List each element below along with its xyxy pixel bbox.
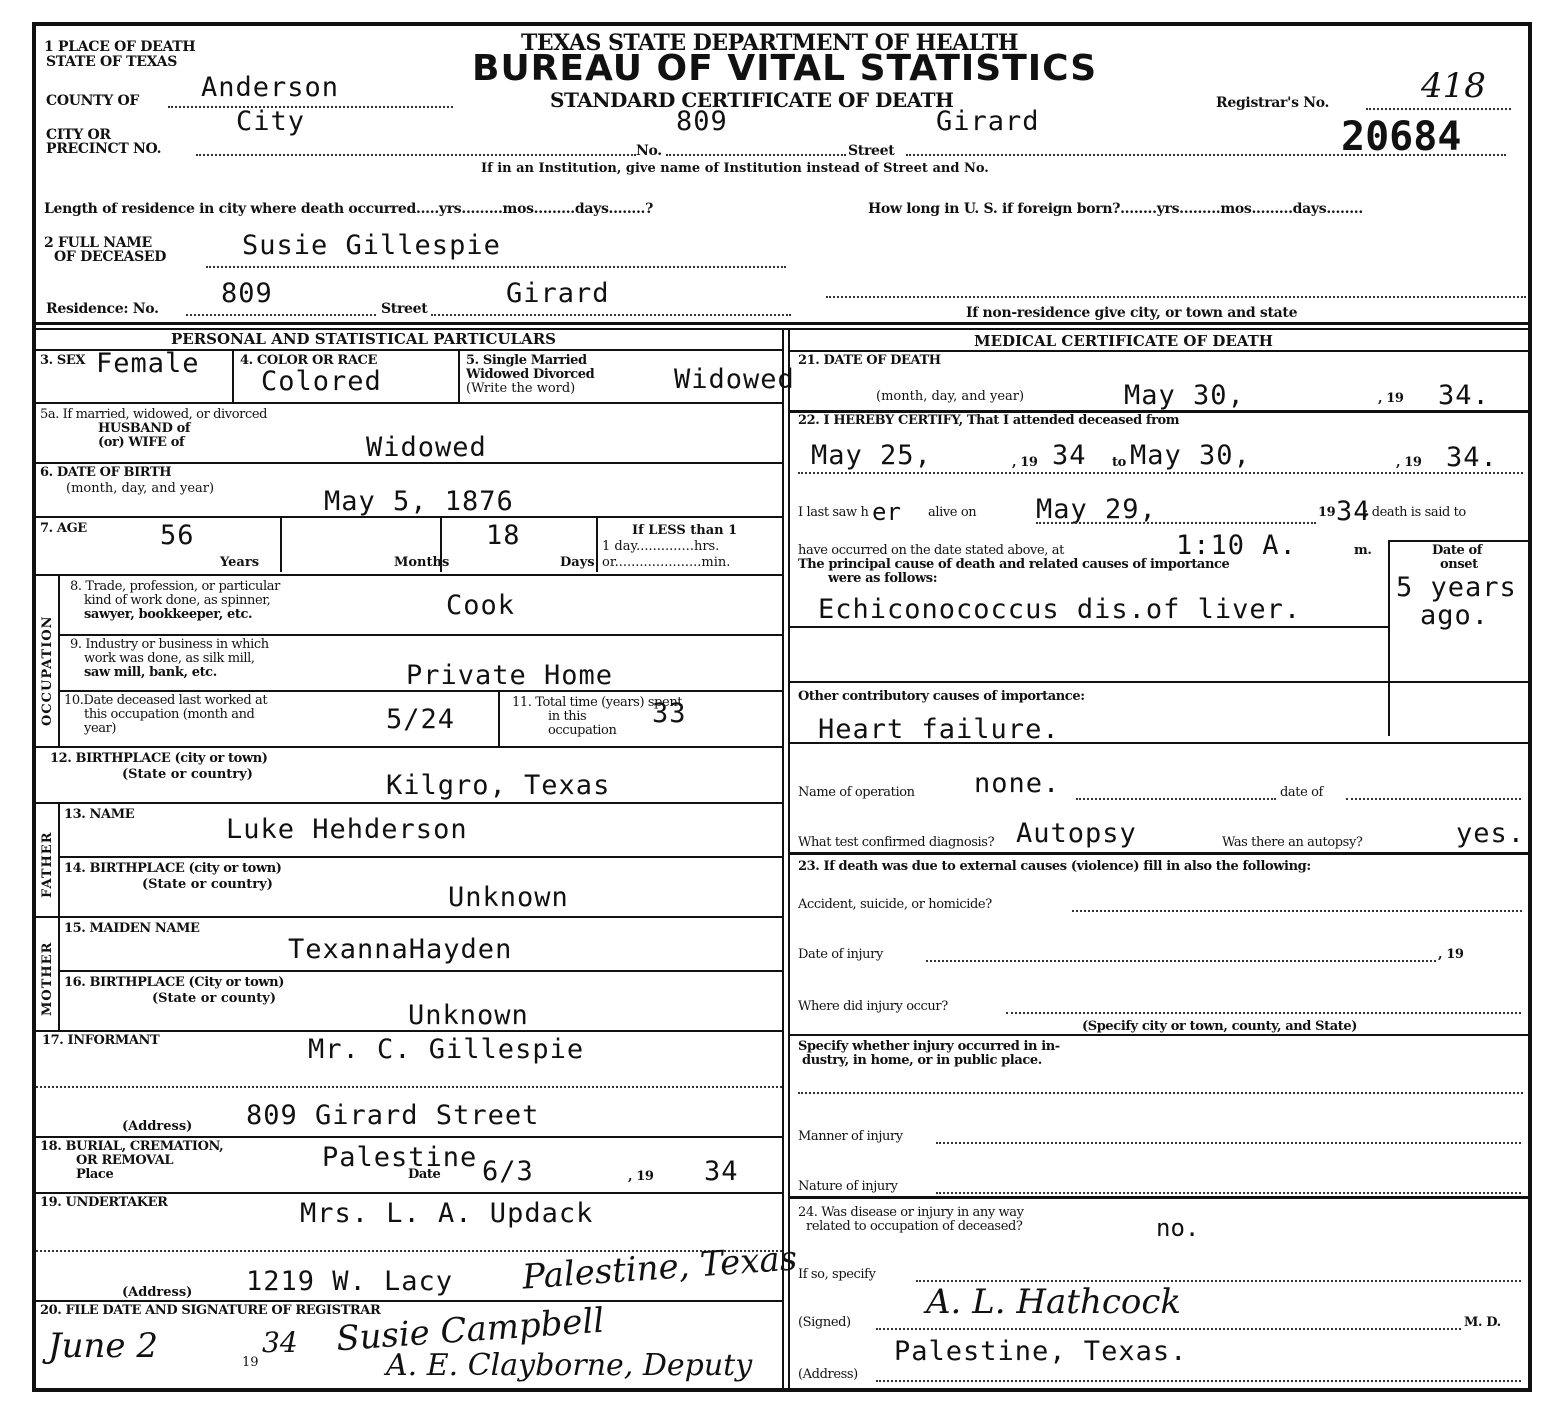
undertaker-label: 19. UNDERTAKER xyxy=(40,1196,168,1209)
related-value[interactable]: no. xyxy=(1156,1216,1199,1240)
residence-length-label: Length of residence in city where death … xyxy=(44,202,653,216)
place-of-death-label: 1 PLACE OF DEATH xyxy=(44,40,195,54)
occupation-side-label: OCCUPATION xyxy=(40,615,55,726)
autopsy-value[interactable]: yes. xyxy=(1456,820,1525,848)
spouse-label-1: 5a. If married, widowed, or divorced xyxy=(40,408,267,421)
mother-birthplace-label-1: 16. BIRTHPLACE (City or town) xyxy=(64,976,284,989)
burial-date[interactable]: 6/3 xyxy=(482,1158,534,1186)
county-label: COUNTY OF xyxy=(46,94,139,108)
marital-label-3: (Write the word) xyxy=(466,382,575,395)
where-injury-note: (Specify city or town, county, and State… xyxy=(1082,1020,1357,1033)
birthplace-label-1: 12. BIRTHPLACE (city or town) xyxy=(50,752,268,765)
industry-value[interactable]: Private Home xyxy=(406,662,613,690)
lastsaw-19: 19 xyxy=(1318,506,1335,519)
residence-no-label: Residence: No. xyxy=(46,302,159,316)
industry-label-2: work was done, as silk mill, xyxy=(84,652,255,665)
less-label-2: 1 day..............hrs. xyxy=(602,540,719,553)
file-date-handwritten: June 2 xyxy=(48,1326,158,1366)
medical-section-title: MEDICAL CERTIFICATE OF DEATH xyxy=(974,332,1273,350)
attend-from-date[interactable]: May 25, xyxy=(811,442,932,470)
operation-date-label: date of xyxy=(1280,786,1323,799)
spouse-label-2: HUSBAND of xyxy=(98,422,190,435)
where-injury-label: Where did injury occur? xyxy=(798,1000,948,1013)
street-no-value[interactable]: 809 xyxy=(676,108,728,136)
dob-label-1: 6. DATE OF BIRTH xyxy=(40,466,171,479)
test-label: What test confirmed diagnosis? xyxy=(798,836,994,849)
informant-label: 17. INFORMANT xyxy=(42,1034,159,1047)
file-number: 20684 xyxy=(1341,114,1461,160)
race-value[interactable]: Colored xyxy=(261,368,382,396)
city-value[interactable]: City xyxy=(236,108,305,136)
state-label: STATE OF TEXAS xyxy=(46,55,177,69)
father-birthplace-label-2: (State or country) xyxy=(142,878,273,891)
onset-label-2: onset xyxy=(1440,558,1478,571)
burial-label-1: 18. BURIAL, CREMATION, xyxy=(40,1140,223,1153)
of-deceased-label: OF DECEASED xyxy=(54,250,166,264)
days-label: Days xyxy=(560,556,595,569)
registrar-number[interactable]: 418 xyxy=(1421,66,1486,106)
mother-side-label: MOTHER xyxy=(40,942,55,1016)
trade-label-2: kind of work done, as spinner, xyxy=(84,594,270,607)
personal-section-title: PERSONAL AND STATISTICAL PARTICULARS xyxy=(171,330,556,348)
deceased-name[interactable]: Susie Gillespie xyxy=(242,232,501,260)
attend-to-year[interactable]: 34. xyxy=(1446,444,1498,472)
lastwork-label-3: year) xyxy=(84,722,116,735)
city-label: CITY OR xyxy=(46,128,111,142)
burial-place[interactable]: Palestine xyxy=(322,1144,477,1172)
precinct-label: PRECINCT NO. xyxy=(46,142,161,156)
father-name[interactable]: Luke Hehderson xyxy=(226,816,468,844)
other-causes-label: Other contributory causes of importance: xyxy=(798,690,1085,703)
onset-value[interactable]: 5 years xyxy=(1396,574,1517,602)
file-year-handwritten: 34 xyxy=(262,1326,298,1359)
m-label: m. xyxy=(1354,544,1371,557)
related-label-2: related to occupation of deceased? xyxy=(806,1220,1022,1233)
physician-address-label: (Address) xyxy=(798,1368,858,1381)
spouse-label-3: (or) WIFE of xyxy=(98,436,184,449)
injury-19: , 19 xyxy=(1438,948,1464,961)
cause-label-1: The principal cause of death and related… xyxy=(798,558,1229,571)
accident-label: Accident, suicide, or homicide? xyxy=(798,898,992,911)
dob-label-2: (month, day, and year) xyxy=(66,482,214,495)
mother-birthplace[interactable]: Unknown xyxy=(408,1002,529,1030)
test-value[interactable]: Autopsy xyxy=(1016,820,1137,848)
trade-label-3: sawyer, bookkeeper, etc. xyxy=(84,608,252,621)
marital-label-1: 5. Single Married xyxy=(466,354,587,367)
father-birthplace[interactable]: Unknown xyxy=(448,884,569,912)
file-19: 19 xyxy=(242,1356,259,1369)
foreign-born-label: How long in U. S. if foreign born?......… xyxy=(868,202,1363,216)
lastwork-value[interactable]: 5/24 xyxy=(386,706,455,734)
lastsaw-date[interactable]: May 29, xyxy=(1036,496,1157,524)
onset-value-2[interactable]: ago. xyxy=(1420,602,1489,630)
attend-to-date[interactable]: May 30, xyxy=(1130,442,1251,470)
burial-label-3: Place xyxy=(76,1168,113,1181)
to-label: to xyxy=(1112,456,1126,469)
total-time-value[interactable]: 33 xyxy=(652,700,687,728)
occurred-label: have occurred on the date stated above, … xyxy=(798,544,1064,557)
total-time-label-2: in this xyxy=(548,710,586,723)
external-causes-label: 23. If death was due to external causes … xyxy=(798,860,1311,873)
less-label-1: If LESS than 1 xyxy=(632,524,737,537)
residence-street[interactable]: Girard xyxy=(506,280,610,308)
operation-label: Name of operation xyxy=(798,786,915,799)
birthplace-label-2: (State or country) xyxy=(122,768,253,781)
informant-address-label: (Address) xyxy=(122,1120,192,1133)
related-label-1: 24. Was disease or injury in any way xyxy=(798,1206,1024,1219)
dod-label-1: 21. DATE OF DEATH xyxy=(798,354,941,367)
sex-value[interactable]: Female xyxy=(96,350,200,378)
industry-label-1: 9. Industry or business in which xyxy=(70,638,269,651)
less-label-3: or.....................min. xyxy=(602,556,730,569)
burial-label-2: OR REMOVAL xyxy=(76,1154,173,1167)
dob-value[interactable]: May 5, 1876 xyxy=(324,488,514,516)
dod-19: , 19 xyxy=(1378,392,1404,405)
death-certificate: 1 PLACE OF DEATH STATE OF TEXAS COUNTY O… xyxy=(32,22,1532,1392)
age-years[interactable]: 56 xyxy=(160,522,195,550)
county-value[interactable]: Anderson xyxy=(201,74,339,102)
nonresidence-note: If non-residence give city, or town and … xyxy=(966,306,1297,320)
death-date[interactable]: May 30, xyxy=(1124,382,1245,410)
registrar-label: Registrar's No. xyxy=(1216,96,1329,110)
mother-name[interactable]: TexannaHayden xyxy=(288,936,512,964)
undertaker-address-label: (Address) xyxy=(122,1286,192,1299)
birthplace-value[interactable]: Kilgro, Texas xyxy=(386,772,610,800)
physician-signature: A. L. Hathcock xyxy=(926,1282,1181,1322)
signed-label: (Signed) xyxy=(798,1316,851,1329)
no-label: No. xyxy=(636,144,662,158)
street-label: Street xyxy=(848,144,894,158)
age-days[interactable]: 18 xyxy=(486,522,521,550)
marital-label-2: Widowed Divorced xyxy=(466,368,594,381)
mother-birthplace-label-2: (State or county) xyxy=(152,992,276,1005)
certify-label: 22. I HEREBY CERTIFY, That I attended de… xyxy=(798,414,1179,427)
principal-cause[interactable]: Echiconococcus dis.of liver. xyxy=(818,596,1301,624)
physician-address[interactable]: Palestine, Texas. xyxy=(894,1338,1187,1366)
dod-label-2: (month, day, and year) xyxy=(876,390,1024,403)
lastsaw-pronoun[interactable]: er xyxy=(872,500,901,524)
onset-label-1: Date of xyxy=(1432,544,1482,557)
cause-label-2: were as follows: xyxy=(828,572,937,585)
undertaker-city-handwritten: Palestine, Texas xyxy=(521,1238,798,1297)
bureau-title: BUREAU OF VITAL STATISTICS xyxy=(472,48,1097,89)
certificate-title: STANDARD CERTIFICATE OF DEATH xyxy=(550,88,953,112)
spouse-value[interactable]: Widowed xyxy=(366,434,487,462)
street-value[interactable]: Girard xyxy=(936,108,1040,136)
age-label: 7. AGE xyxy=(40,522,87,535)
alive-on-label: alive on xyxy=(928,506,976,519)
lastwork-label-2: this occupation (month and xyxy=(84,708,254,721)
informant-address[interactable]: 809 Girard Street xyxy=(246,1102,539,1130)
death-year[interactable]: 34. xyxy=(1438,382,1490,410)
full-name-label: 2 FULL NAME xyxy=(44,236,152,250)
lastsaw-label: I last saw h xyxy=(798,506,868,519)
lastwork-label-1: 10.Date deceased last worked at xyxy=(64,694,267,707)
informant-value[interactable]: Mr. C. Gillespie xyxy=(308,1036,584,1064)
institution-note: If in an Institution, give name of Insti… xyxy=(481,162,989,175)
father-side-label: FATHER xyxy=(40,831,55,898)
deputy-signature: A. E. Clayborne, Deputy xyxy=(386,1348,752,1383)
if-so-label: If so, specify xyxy=(798,1268,876,1281)
trade-label-1: 8. Trade, profession, or particular xyxy=(70,580,280,593)
father-birthplace-label-1: 14. BIRTHPLACE (city or town) xyxy=(64,862,282,875)
residence-street-label: Street xyxy=(381,302,427,316)
md-label: M. D. xyxy=(1464,1316,1501,1329)
father-name-label: 13. NAME xyxy=(64,808,134,821)
sex-label: 3. SEX xyxy=(40,354,85,367)
specify-injury-label-1: Specify whether injury occurred in in- xyxy=(798,1040,1060,1053)
injury-date-label: Date of injury xyxy=(798,948,883,961)
mother-name-label: 15. MAIDEN NAME xyxy=(64,922,200,935)
industry-label-3: saw mill, bank, etc. xyxy=(84,666,217,679)
specify-injury-label-2: dustry, in home, or in public place. xyxy=(802,1054,1042,1067)
total-time-label-3: occupation xyxy=(548,724,616,737)
trade-value[interactable]: Cook xyxy=(446,592,515,620)
autopsy-label: Was there an autopsy? xyxy=(1222,836,1362,849)
manner-injury-label: Manner of injury xyxy=(798,1130,903,1143)
operation-value[interactable]: none. xyxy=(974,770,1060,798)
death-said-label: ; death is said to xyxy=(1364,506,1466,519)
nature-injury-label: Nature of injury xyxy=(798,1180,898,1193)
other-causes[interactable]: Heart failure. xyxy=(818,716,1060,744)
attend-from-year[interactable]: 34 xyxy=(1052,442,1087,470)
years-label: Years xyxy=(220,556,259,569)
attend-from-19: , 19 xyxy=(1012,456,1038,469)
burial-19: , 19 xyxy=(628,1170,654,1183)
undertaker-address[interactable]: 1219 W. Lacy xyxy=(246,1268,453,1296)
burial-year[interactable]: 34 xyxy=(704,1158,739,1186)
burial-date-label: Date xyxy=(408,1168,440,1181)
undertaker-value[interactable]: Mrs. L. A. Updack xyxy=(300,1200,593,1228)
marital-value[interactable]: Widowed xyxy=(674,366,795,394)
attend-to-19: , 19 xyxy=(1396,456,1422,469)
death-time[interactable]: 1:10 A. xyxy=(1176,532,1297,560)
residence-no[interactable]: 809 xyxy=(221,280,273,308)
file-date-label: 20. FILE DATE AND SIGNATURE OF REGISTRAR xyxy=(40,1304,380,1317)
